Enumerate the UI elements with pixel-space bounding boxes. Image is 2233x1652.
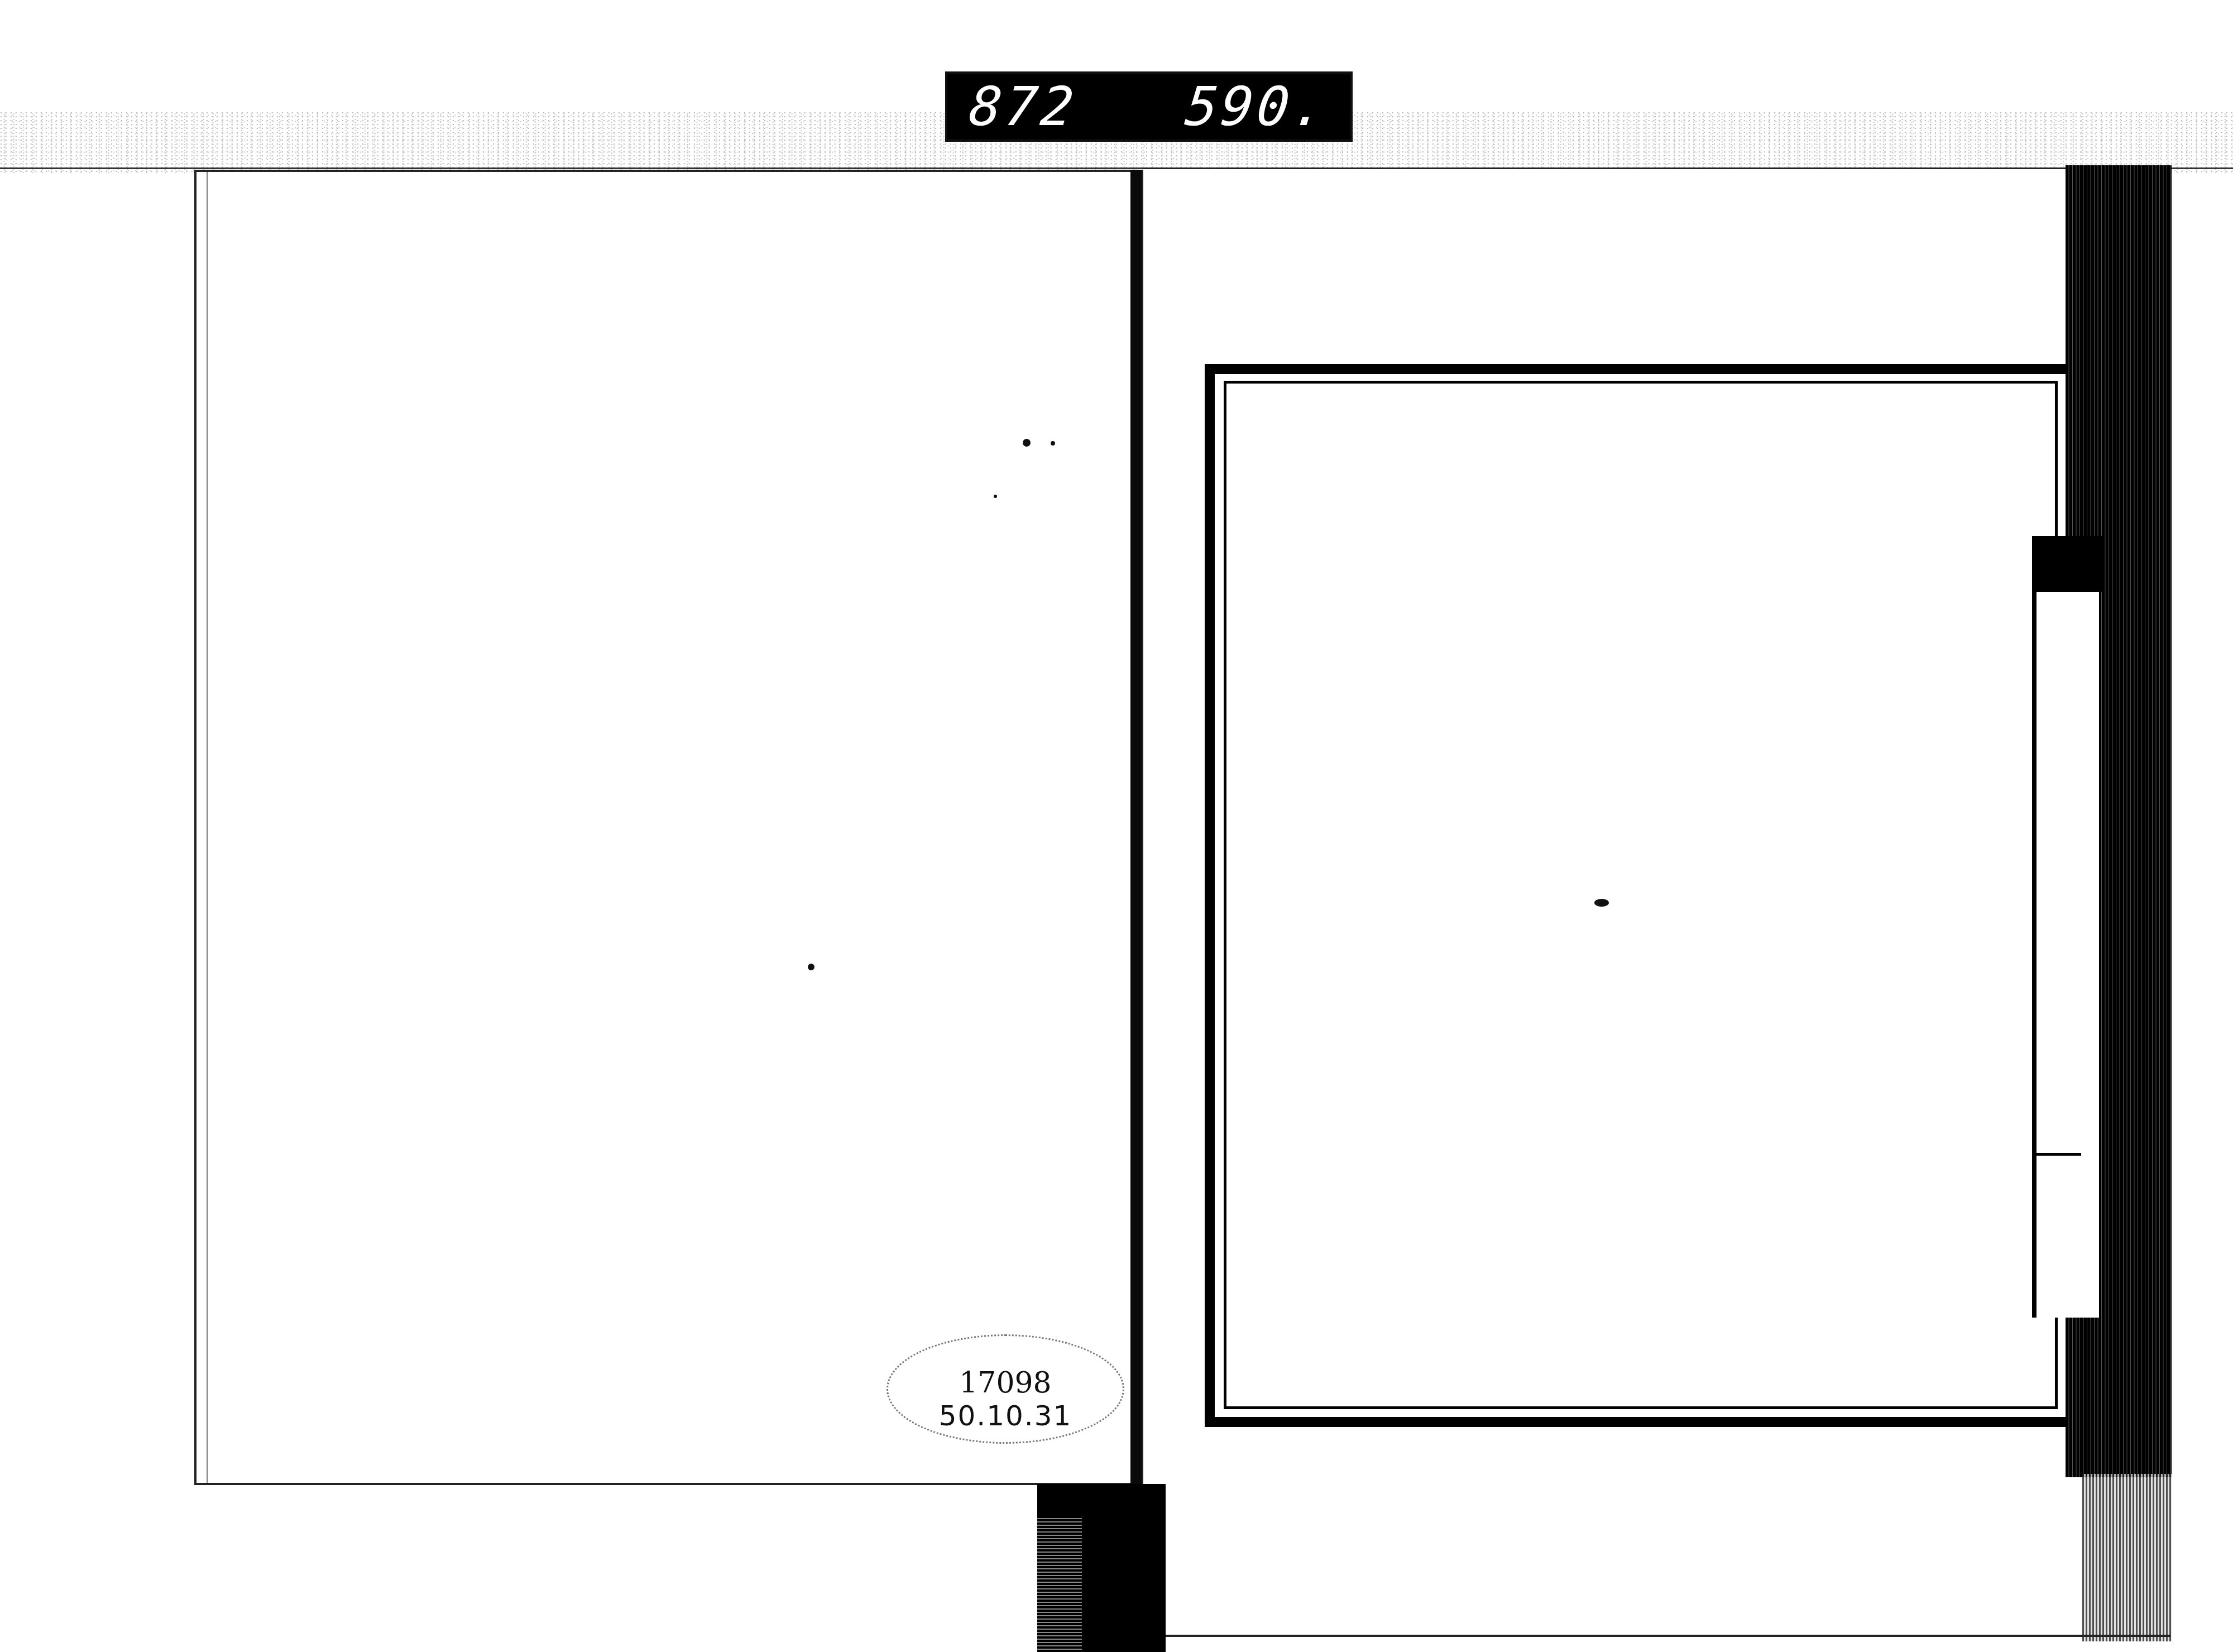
ink-speck [1051,441,1055,446]
ink-speck [808,964,814,970]
tab-texture [1037,1517,1082,1652]
book-gutter [1130,170,1142,1487]
accession-date: 50.10.31 [939,1400,1072,1432]
label-divider [2036,1153,2081,1156]
ink-speck [1023,439,1031,447]
left-endpaper-page [194,170,1143,1485]
page-inner-edge [207,172,208,1483]
cover-inner-border [1224,381,2058,1409]
counter-right-digits: 590. [1183,80,1331,133]
accession-number: 17098 [959,1366,1051,1400]
frame-counter-display: 872 590. [945,71,1353,142]
counter-left-digits: 872 [967,80,1079,133]
ink-speck [1594,899,1609,907]
bottom-edge-rule [1166,1635,2170,1637]
ink-speck [994,495,997,498]
label-header-band [2036,536,2103,592]
bottom-spine-tab [1037,1484,1166,1652]
library-accession-stamp: 17098 50.10.31 [887,1334,1124,1444]
page-edges [2082,1474,2172,1641]
spine-title-label [2032,536,2099,1318]
